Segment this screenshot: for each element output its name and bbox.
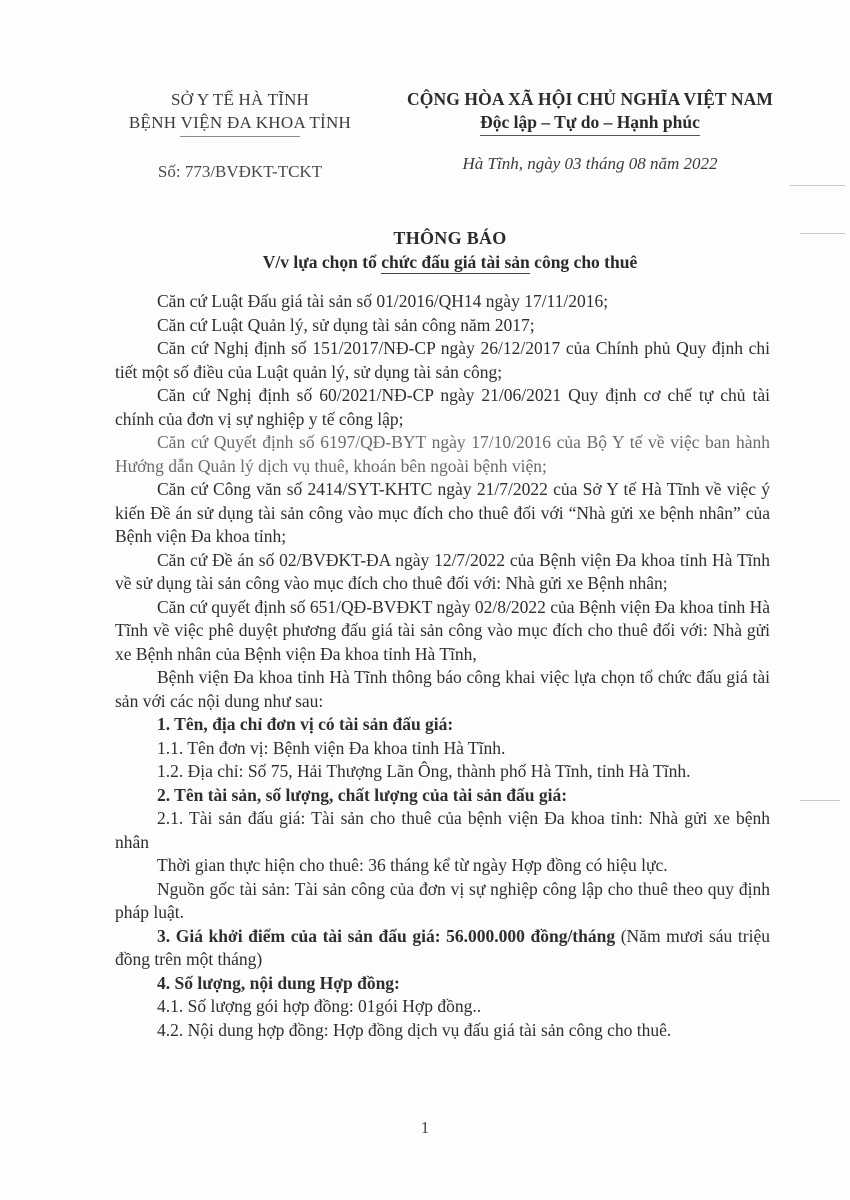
document-page: SỞ Y TẾ HÀ TĨNH BỆNH VIỆN ĐA KHOA TỈNH S…	[0, 0, 850, 1200]
legal-basis-paragraph: Căn cứ Đề án số 02/BVĐKT-ĐA ngày 12/7/20…	[115, 549, 770, 596]
section-4-item: 4.1. Số lượng gói hợp đồng: 01gói Hợp đồ…	[115, 995, 770, 1019]
legal-basis-paragraph: Căn cứ Công văn số 2414/SYT-KHTC ngày 21…	[115, 478, 770, 549]
section-1-heading: 1. Tên, địa chỉ đơn vị có tài sản đấu gi…	[115, 713, 770, 737]
subject-prefix: V/v lựa chọn tổ	[263, 252, 381, 272]
section-3-paragraph: 3. Giá khởi điểm của tài sản đấu giá: 56…	[115, 925, 770, 972]
organization-name: BỆNH VIỆN ĐA KHOA TỈNH	[105, 111, 375, 134]
legal-basis-paragraph: Căn cứ Luật Đấu giá tài sản số 01/2016/Q…	[115, 290, 770, 314]
document-number: Số: 773/BVĐKT-TCKT	[105, 160, 375, 183]
section-2-item: Nguồn gốc tài sản: Tài sản công của đơn …	[115, 878, 770, 925]
national-motto: Độc lập – Tự do – Hạnh phúc	[480, 111, 700, 136]
section-1-item: 1.2. Địa chỉ: Số 75, Hải Thượng Lãn Ông,…	[115, 760, 770, 784]
notice-body: Căn cứ Luật Đấu giá tài sản số 01/2016/Q…	[115, 290, 770, 1042]
section-4-heading: 4. Số lượng, nội dung Hợp đồng:	[115, 972, 770, 996]
section-1-item: 1.1. Tên đơn vị: Bệnh viện Đa khoa tỉnh …	[115, 737, 770, 761]
notice-subject: V/v lựa chọn tổ chức đấu giá tài sản côn…	[100, 250, 800, 274]
legal-basis-paragraph: Căn cứ Quyết định số 6197/QĐ-BYT ngày 17…	[115, 431, 770, 478]
announcement-paragraph: Bệnh viện Đa khoa tỉnh Hà Tĩnh thông báo…	[115, 666, 770, 713]
subject-underlined: chức đấu giá tài sản	[381, 252, 530, 274]
legal-basis-paragraph: Căn cứ quyết định số 651/QĐ-BVĐKT ngày 0…	[115, 596, 770, 667]
notice-title-block: THÔNG BÁO V/v lựa chọn tổ chức đấu giá t…	[100, 226, 800, 274]
department-name: SỞ Y TẾ HÀ TĨNH	[105, 88, 375, 111]
subject-suffix: công cho thuê	[530, 252, 637, 272]
scan-artifact	[800, 800, 840, 801]
scan-artifact	[800, 233, 845, 234]
section-3-heading: 3. Giá khởi điểm của tài sản đấu giá: 56…	[157, 926, 615, 946]
legal-basis-paragraph: Căn cứ Nghị định số 151/2017/NĐ-CP ngày …	[115, 337, 770, 384]
section-2-heading: 2. Tên tài sản, số lượng, chất lượng của…	[115, 784, 770, 808]
scan-artifact	[790, 185, 845, 186]
section-4-item: 4.2. Nội dung hợp đồng: Hợp đồng dịch vụ…	[115, 1019, 770, 1043]
section-2-item: Thời gian thực hiện cho thuê: 36 tháng k…	[115, 854, 770, 878]
notice-title: THÔNG BÁO	[100, 226, 800, 250]
nation-title: CỘNG HÒA XÃ HỘI CHỦ NGHĨA VIỆT NAM	[380, 88, 800, 111]
section-2-item: 2.1. Tài sản đấu giá: Tài sản cho thuê c…	[115, 807, 770, 854]
legal-basis-paragraph: Căn cứ Luật Quản lý, sử dụng tài sản côn…	[115, 314, 770, 338]
legal-basis-paragraph: Căn cứ Nghị định số 60/2021/NĐ-CP ngày 2…	[115, 384, 770, 431]
national-heading-block: CỘNG HÒA XÃ HỘI CHỦ NGHĨA VIỆT NAM Độc l…	[380, 88, 800, 174]
issuer-underline	[180, 136, 300, 137]
issuer-block: SỞ Y TẾ HÀ TĨNH BỆNH VIỆN ĐA KHOA TỈNH S…	[105, 88, 375, 183]
place-date: Hà Tĩnh, ngày 03 tháng 08 năm 2022	[380, 154, 800, 174]
page-number: 1	[0, 1118, 850, 1138]
